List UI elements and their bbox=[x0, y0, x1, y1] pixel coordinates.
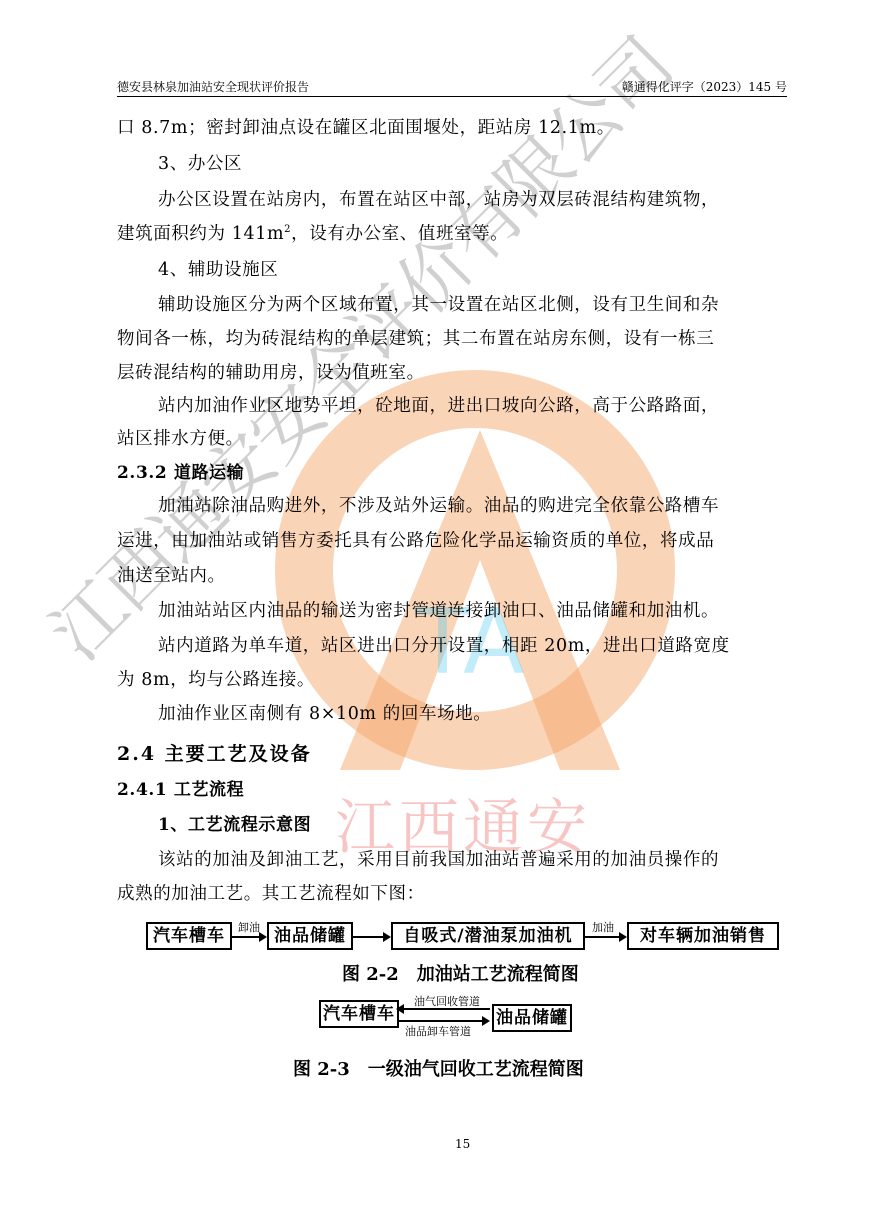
arrow-label-refuel: 加油 bbox=[592, 919, 614, 935]
flow-box-tanker: 汽车槽车 bbox=[319, 1000, 399, 1028]
list-heading-auxiliary: 4、辅助设施区 bbox=[158, 256, 278, 281]
document-page: TA 江西通安 江西通安安全评价有限公司 德安县林泉加油站安全现状评价报告 赣通… bbox=[0, 0, 869, 1228]
page-number: 15 bbox=[455, 1137, 470, 1151]
paragraph-line: 加油站站区内油品的输送为密封管道连接卸油口、油品储罐和加油机。 bbox=[158, 597, 719, 622]
text-span: ，设有办公室、值班室等。 bbox=[291, 224, 508, 244]
arrow-label-unload: 卸油 bbox=[238, 919, 260, 935]
section-heading-2-3-2: 2.3.2 道路运输 bbox=[117, 458, 244, 483]
paragraph-line: 口 8.7m；密封卸油点设在罐区北面围堰处，距站房 12.1m。 bbox=[117, 114, 615, 139]
paragraph-line: 层砖混结构的辅助用房，设为值班室。 bbox=[117, 359, 425, 384]
paragraph-line: 辅助设施区分为两个区域布置，其一设置在站区北侧，设有卫生间和杂 bbox=[158, 291, 719, 316]
paragraph-line: 站内加油作业区地势平坦，砼地面，进出口坡向公路，高于公路路面， bbox=[158, 392, 719, 417]
arrow-right-icon bbox=[230, 936, 265, 938]
flow-box-vehicle-sales: 对车辆加油销售 bbox=[627, 922, 779, 950]
paragraph-line: 站区排水方便。 bbox=[117, 425, 244, 450]
list-heading-office: 3、办公区 bbox=[158, 150, 242, 175]
flow-box-storage-tank: 油品储罐 bbox=[492, 1004, 572, 1032]
figure-caption-2-3: 图 2-3 一级油气回收工艺流程简图 bbox=[293, 1055, 584, 1081]
paragraph-line: 物间各一栋，均为砖混结构的单层建筑；其二布置在站房东侧，设有一栋三 bbox=[117, 325, 714, 350]
flow-box-dispenser: 自吸式/潜油泵加油机 bbox=[391, 922, 585, 950]
paragraph-line: 为 8m，均与公路连接。 bbox=[117, 666, 315, 691]
report-number: 赣通得化评字（2023）145 号 bbox=[622, 78, 787, 95]
paragraph-line: 站内道路为单车道，站区进出口分开设置，相距 20m，进出口道路宽度 bbox=[158, 632, 730, 657]
flow-box-tanker: 汽车槽车 bbox=[146, 922, 232, 950]
paragraph-line: 加油站除油品购进外，不涉及站外运输。油品的购进完全依靠公路槽车 bbox=[158, 492, 719, 517]
arrow-right-icon bbox=[351, 936, 389, 938]
arrow-right-icon bbox=[398, 1020, 488, 1022]
section-heading-2-4-1: 2.4.1 工艺流程 bbox=[117, 775, 244, 800]
paragraph-line: 该站的加油及卸油工艺，采用目前我国加油站普遍采用的加油员操作的 bbox=[158, 846, 719, 871]
paragraph-line: 建筑面积约为 141m2，设有办公室、值班室等。 bbox=[117, 220, 508, 245]
figure-caption-2-2: 图 2-2 加油站工艺流程简图 bbox=[342, 960, 579, 986]
section-heading-2-4: 2.4 主要工艺及设备 bbox=[117, 739, 312, 766]
arrow-label-unloading-pipe: 油品卸车管道 bbox=[405, 1023, 471, 1039]
paragraph-line: 办公区设置在站房内，布置在站区中部，站房为双层砖混结构建筑物， bbox=[158, 186, 719, 211]
flow-box-storage-tank: 油品储罐 bbox=[267, 922, 353, 950]
report-title: 德安县林泉加油站安全现状评价报告 bbox=[117, 78, 309, 95]
arrow-right-icon bbox=[583, 936, 625, 938]
list-heading-flow-diagram: 1、工艺流程示意图 bbox=[158, 810, 311, 835]
paragraph-line: 运进，由加油站或销售方委托具有公路危险化学品运输资质的单位，将成品 bbox=[117, 527, 714, 552]
page-header: 德安县林泉加油站安全现状评价报告 赣通得化评字（2023）145 号 bbox=[117, 76, 787, 97]
paragraph-line: 油送至站内。 bbox=[117, 562, 226, 587]
paragraph-line: 成熟的加油工艺。其工艺流程如下图： bbox=[117, 880, 425, 905]
paragraph-line: 加油作业区南侧有 8×10m 的回车场地。 bbox=[158, 700, 491, 725]
text-span: 建筑面积约为 141m bbox=[117, 224, 284, 244]
arrow-label-vapor-recovery: 油气回收管道 bbox=[414, 993, 480, 1009]
